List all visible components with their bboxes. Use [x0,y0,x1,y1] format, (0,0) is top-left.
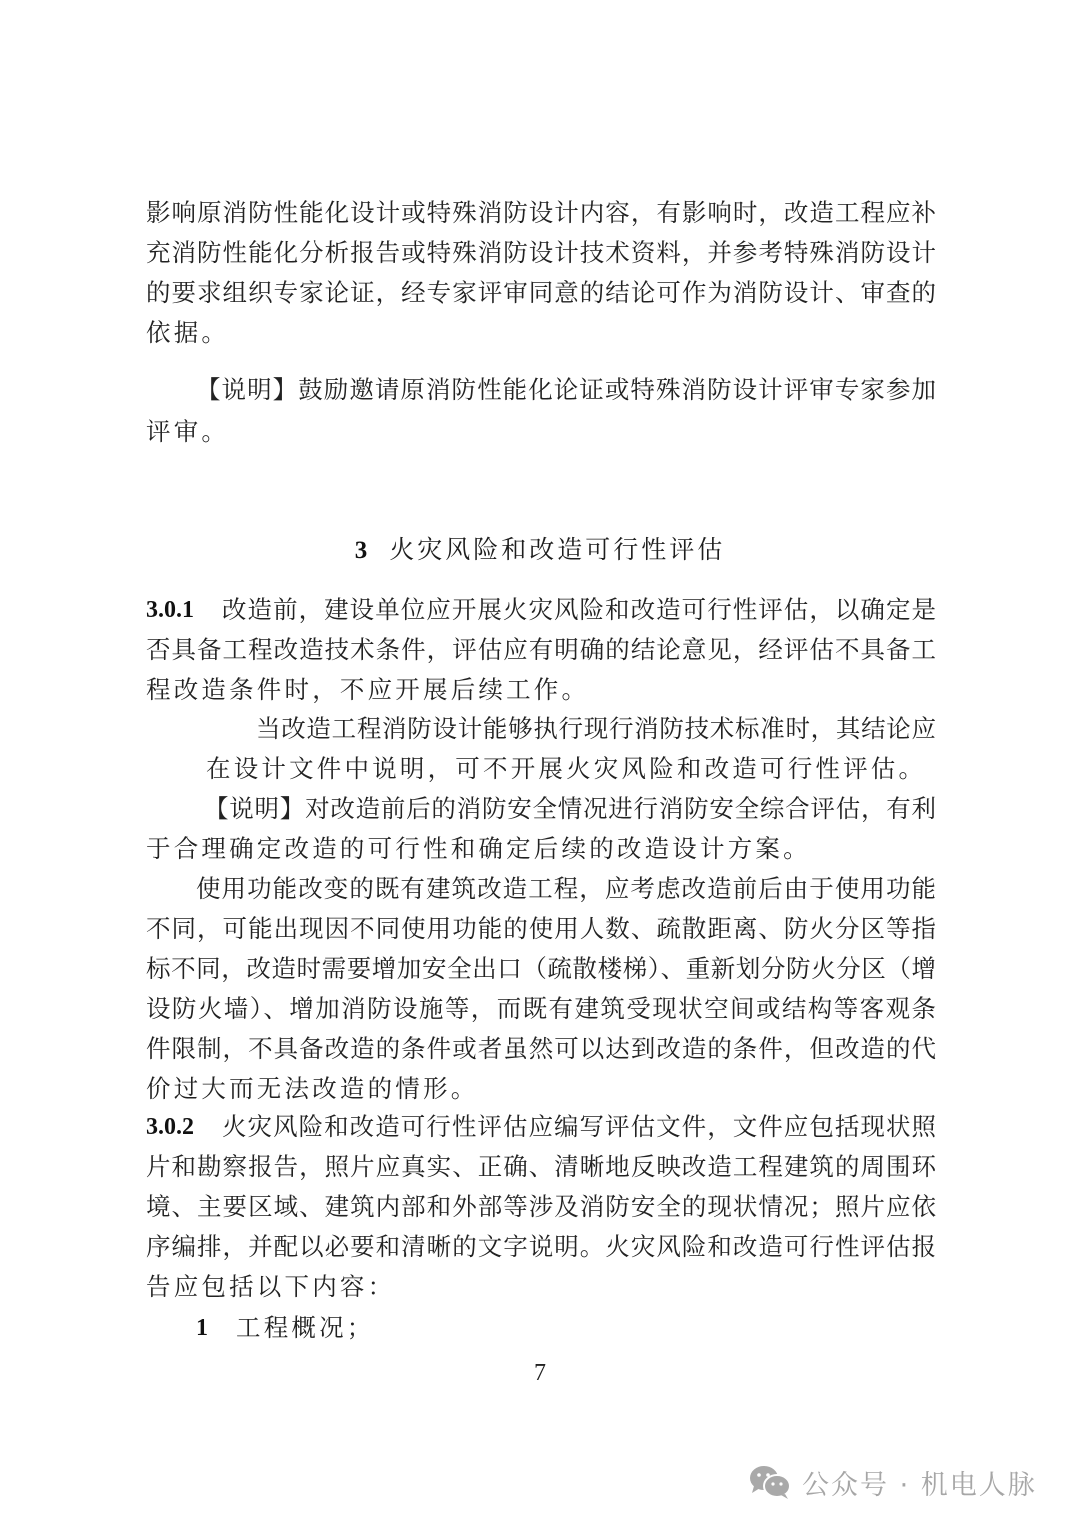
page-number: 7 [0,1360,1080,1387]
body-line: 充消防性能化分析报告或特殊消防设计技术资料，并参考特殊消防设计 [146,233,936,273]
watermark: 公众号 · 机电人脉 [748,1462,1037,1502]
document-page: 影响原消防性能化设计或特殊消防设计内容，有影响时，改造工程应补 充消防性能化分析… [0,0,1080,1528]
list-item: 1 工程概况； [196,1308,986,1348]
body-line: 依据。 [146,313,936,353]
note-line: 【说明】对改造前后的消防安全情况进行消防安全综合评估，有利 [204,789,936,829]
section-heading: 3火灾风险和改造可行性评估 [0,530,1080,571]
body-line: 境、主要区域、建筑内部和外部等涉及消防安全的现状情况；照片应依 [146,1187,936,1227]
body-line: 的要求组织专家论证，经专家评审同意的结论可作为消防设计、审查的 [146,273,936,313]
body-line: 告应包括以下内容： [146,1267,936,1307]
body-line: 程改造条件时，不应开展后续工作。 [146,670,936,710]
body-line: 否具备工程改造技术条件，评估应有明确的结论意见，经评估不具备工 [146,630,936,670]
body-line: 使用功能改变的既有建筑改造工程，应考虑改造前后由于使用功能 [196,869,936,909]
watermark-text: 公众号 · 机电人脉 [802,1463,1037,1502]
wechat-icon [748,1464,792,1500]
list-item-number: 1 [196,1308,236,1348]
body-line: 件限制，不具备改造的条件或者虽然可以达到改造的条件，但改造的代 [146,1029,936,1069]
note-line: 【说明】鼓励邀请原消防性能化论证或特殊消防设计评审专家参加 [196,370,936,410]
clause-3-0-2: 3.0.2 火灾风险和改造可行性评估应编写评估文件，文件应包括现状照 [146,1107,936,1147]
body-line: 标不同，改造时需要增加安全出口（疏散楼梯）、重新划分防火分区（增 [146,949,936,989]
body-line: 设防火墙）、增加消防设施等，而既有建筑受现状空间或结构等客观条 [146,989,936,1029]
body-line: 不同，可能出现因不同使用功能的使用人数、疏散距离、防火分区等指 [146,909,936,949]
clause-3-0-1: 3.0.1 改造前，建设单位应开展火灾风险和改造可行性评估，以确定是 [146,590,936,630]
section-title: 火灾风险和改造可行性评估 [389,535,725,564]
body-line: 片和勘察报告，照片应真实、正确、清晰地反映改造工程建筑的周围环 [146,1147,936,1187]
body-line: 序编排，并配以必要和清晰的文字说明。火灾风险和改造可行性评估报 [146,1227,936,1267]
clause-number: 3.0.1 [146,590,222,630]
note-line: 于合理确定改造的可行性和确定后续的改造设计方案。 [146,829,936,869]
body-line: 影响原消防性能化设计或特殊消防设计内容，有影响时，改造工程应补 [146,193,936,233]
list-item-text: 工程概况； [236,1308,375,1348]
clause-number: 3.0.2 [146,1107,222,1147]
note-line: 评审。 [146,412,936,452]
clause-text: 改造前，建设单位应开展火灾风险和改造可行性评估，以确定是 [222,590,936,630]
body-line: 价过大而无法改造的情形。 [146,1069,936,1109]
clause-text: 火灾风险和改造可行性评估应编写评估文件，文件应包括现状照 [222,1107,936,1147]
body-line: 当改造工程消防设计能够执行现行消防技术标准时，其结论应 [256,709,936,749]
body-line: 在设计文件中说明，可不开展火灾风险和改造可行性评估。 [206,749,996,789]
section-number: 3 [355,537,368,564]
